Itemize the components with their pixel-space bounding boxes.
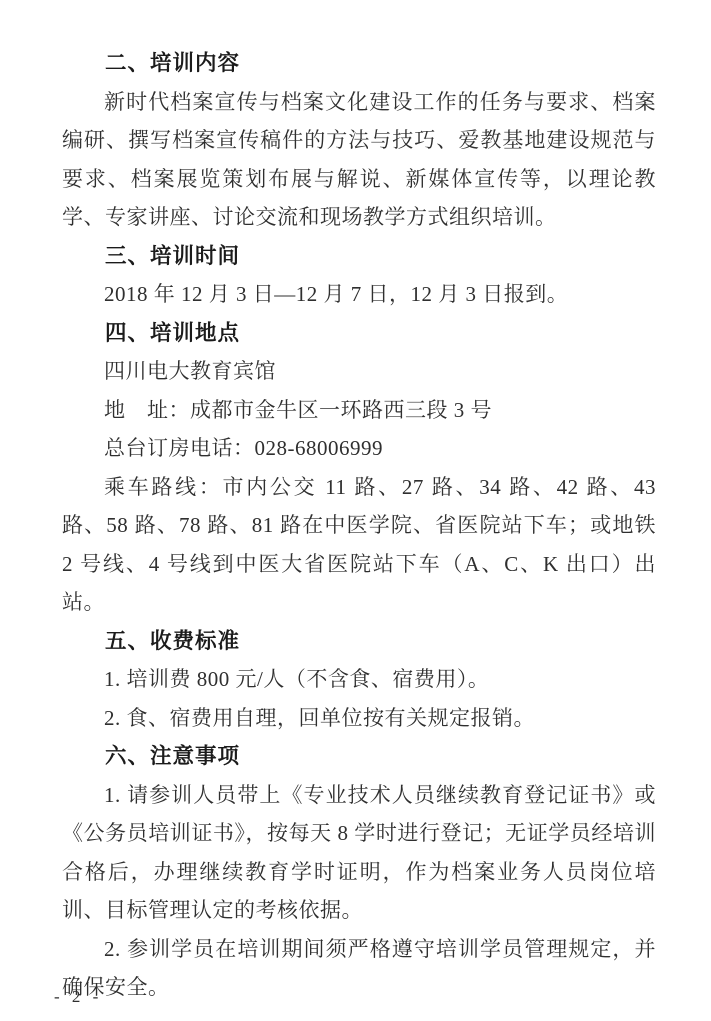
para-note-2: 2. 参训学员在培训期间须严格遵守培训学员管理规定，并确保安全。 [62,930,656,1007]
heading-fee-standard: 五、收费标准 [62,622,656,661]
para-venue-phone: 总台订房电话：028-68006999 [62,429,656,468]
page-number: - 2 - [54,987,102,1007]
para-fee-item-2: 2. 食、宿费用自理，回单位按有关规定报销。 [62,699,656,738]
para-training-content: 新时代档案宣传与档案文化建设工作的任务与要求、档案编研、撰写档案宣传稿件的方法与… [62,83,656,237]
heading-training-venue: 四、培训地点 [62,314,656,353]
heading-notes: 六、注意事项 [62,737,656,776]
para-venue-name: 四川电大教育宾馆 [62,352,656,391]
heading-training-time: 三、培训时间 [62,237,656,276]
para-bus-routes: 乘车路线：市内公交 11 路、27 路、34 路、42 路、43 路、58 路、… [62,468,656,622]
para-venue-address: 地 址：成都市金牛区一环路西三段 3 号 [62,391,656,430]
document-page: 二、培训内容 新时代档案宣传与档案文化建设工作的任务与要求、档案编研、撰写档案宣… [0,0,711,1021]
para-fee-item-1: 1. 培训费 800 元/人（不含食、宿费用）。 [62,660,656,699]
document-content: 二、培训内容 新时代档案宣传与档案文化建设工作的任务与要求、档案编研、撰写档案宣… [62,44,656,1007]
para-note-1: 1. 请参训人员带上《专业技术人员继续教育登记证书》或《公务员培训证书》，按每天… [62,776,656,930]
para-training-time: 2018 年 12 月 3 日—12 月 7 日，12 月 3 日报到。 [62,275,656,314]
heading-training-content: 二、培训内容 [62,44,656,83]
